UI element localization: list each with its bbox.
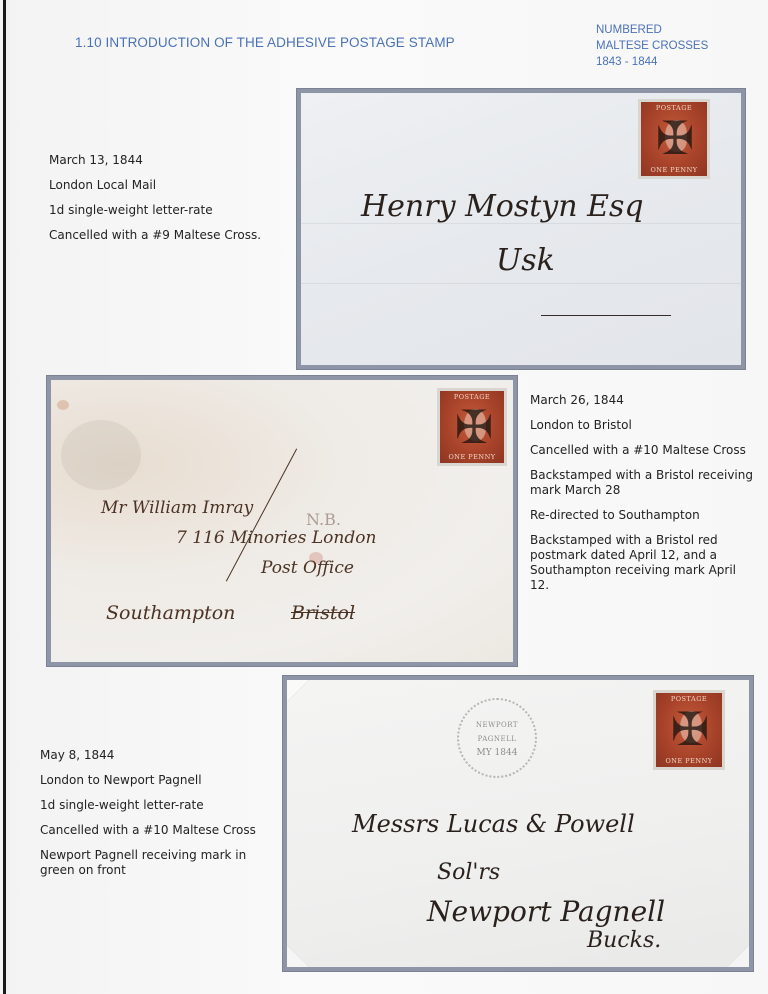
- cover-backstamp: Backstamped with a Bristol receiving mar…: [530, 468, 755, 498]
- stain: [57, 400, 69, 410]
- page-title: 1.10 INTRODUCTION OF THE ADHESIVE POSTAG…: [75, 35, 455, 50]
- cover-route: London Local Mail: [49, 178, 289, 193]
- photo-corner: [287, 944, 310, 967]
- cover-date: March 26, 1844: [530, 393, 755, 408]
- cover-1: POSTAGE ✠ ONE PENNY Henry Mostyn Esq Usk: [301, 93, 741, 365]
- cover-rate: 1d single-weight letter-rate: [40, 798, 280, 813]
- stamp-bottom-text: ONE PENNY: [656, 757, 722, 765]
- cover-1-mount: POSTAGE ✠ ONE PENNY Henry Mostyn Esq Usk: [296, 88, 746, 370]
- cover-redirect: Re-directed to Southampton: [530, 508, 755, 523]
- postmark-date: MY 1844: [459, 746, 535, 760]
- address-line-struck: Bristol: [291, 602, 355, 624]
- album-page: 1.10 INTRODUCTION OF THE ADHESIVE POSTAG…: [3, 0, 768, 994]
- fold-line: [301, 283, 741, 284]
- newport-pagnell-postmark: NEWPORT PAGNELL MY 1844: [457, 698, 537, 778]
- maltese-cross-icon: ✠: [664, 703, 716, 755]
- address-line: 7 116 Minories London: [176, 528, 376, 548]
- stamp-bottom-text: ONE PENNY: [440, 453, 504, 461]
- cover-3-description: May 8, 1844 London to Newport Pagnell 1d…: [40, 748, 280, 888]
- address-line: Messrs Lucas & Powell: [352, 810, 635, 838]
- penny-red-stamp: POSTAGE ✠ ONE PENNY: [437, 388, 507, 466]
- cover-2-description: March 26, 1844 London to Bristol Cancell…: [530, 393, 755, 603]
- address-line: Mr William Imray: [101, 498, 253, 518]
- address-line: Sol'rs: [437, 860, 500, 885]
- postmark-ring-text: NEWPORT PAGNELL: [459, 718, 535, 746]
- cover-2-mount: POSTAGE ✠ ONE PENNY N.B. Mr William Imra…: [46, 375, 518, 667]
- address-line: Usk: [496, 243, 555, 278]
- cover-rate: 1d single-weight letter-rate: [49, 203, 289, 218]
- address-line: Post Office: [261, 558, 354, 578]
- page-subtitle: NUMBERED MALTESE CROSSES 1843 - 1844: [596, 22, 708, 70]
- photo-corner: [287, 680, 310, 703]
- cover-3: NEWPORT PAGNELL MY 1844 POSTAGE ✠ ONE PE…: [287, 680, 749, 967]
- cover-cancel: Cancelled with a #10 Maltese Cross: [40, 823, 280, 838]
- penny-red-stamp: POSTAGE ✠ ONE PENNY: [653, 690, 725, 770]
- cover-backstamp: Backstamped with a Bristol red postmark …: [530, 533, 755, 593]
- cover-date: March 13, 1844: [49, 153, 289, 168]
- cover-route: London to Bristol: [530, 418, 755, 433]
- underline: [541, 315, 671, 316]
- cover-receiving-mark: Newport Pagnell receiving mark in green …: [40, 848, 280, 878]
- address-line: Henry Mostyn Esq: [361, 189, 644, 224]
- subtitle-line: NUMBERED: [596, 22, 708, 38]
- cover-route: London to Newport Pagnell: [40, 773, 280, 788]
- address-line: Newport Pagnell: [427, 895, 665, 928]
- address-line: Bucks.: [587, 928, 661, 953]
- stain: [61, 420, 141, 490]
- cover-3-mount: NEWPORT PAGNELL MY 1844 POSTAGE ✠ ONE PE…: [282, 675, 754, 972]
- photo-corner: [726, 944, 749, 967]
- cover-date: May 8, 1844: [40, 748, 280, 763]
- subtitle-line: 1843 - 1844: [596, 54, 708, 70]
- penny-red-stamp: POSTAGE ✠ ONE PENNY: [638, 99, 710, 179]
- nb-handstamp: N.B.: [306, 510, 341, 529]
- stamp-bottom-text: ONE PENNY: [641, 166, 707, 174]
- cover-cancel: Cancelled with a #9 Maltese Cross.: [49, 228, 289, 243]
- subtitle-line: MALTESE CROSSES: [596, 38, 708, 54]
- maltese-cross-icon: ✠: [649, 112, 701, 164]
- address-line: Southampton: [106, 602, 235, 624]
- maltese-cross-icon: ✠: [448, 401, 500, 453]
- cover-1-description: March 13, 1844 London Local Mail 1d sing…: [49, 153, 289, 253]
- cover-cancel: Cancelled with a #10 Maltese Cross: [530, 443, 755, 458]
- cover-2: POSTAGE ✠ ONE PENNY N.B. Mr William Imra…: [51, 380, 513, 662]
